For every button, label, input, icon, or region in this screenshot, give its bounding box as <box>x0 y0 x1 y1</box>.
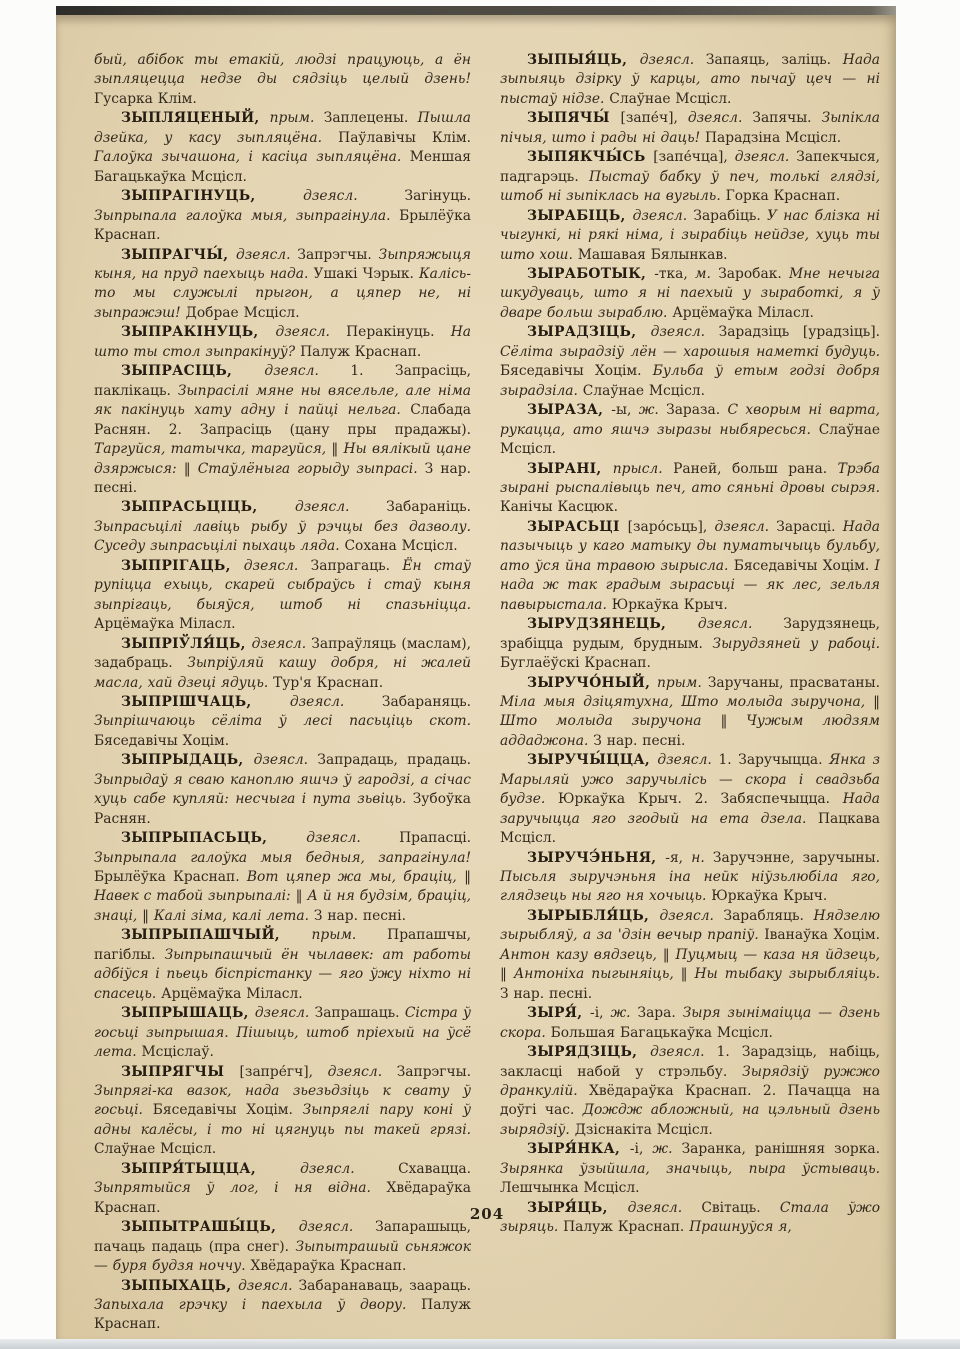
plain-text: Зара. <box>637 1005 682 1021</box>
italic-text: Антон казу вядзець, ‖ Пуцмыц — каза ня й… <box>500 947 880 982</box>
dictionary-entry: ЗЫПРАСІЦЬ, дзеясл. 1. Запрасіць, пакліка… <box>94 362 471 498</box>
headword: ЗЫПРЯГЧЫ <box>121 1064 240 1080</box>
italic-text: дзеясл. <box>290 694 382 710</box>
dictionary-entry: ЗЫПРАГЧЫ́, дзеясл. Запрэгчы. Зыпряжыця к… <box>94 246 471 324</box>
dictionary-entry: ЗЫРАЗА, -ы, ж. Зараза. С хворым ні варта… <box>500 401 880 459</box>
italic-text: дзеясл. <box>264 363 350 379</box>
plain-text: Гусарка Клім. <box>94 91 197 107</box>
plain-text: Юркаўка Крыч. <box>711 888 827 904</box>
italic-text: Зырянка ўзыйшла, значыць, пыра ўстываць. <box>500 1161 880 1177</box>
dictionary-entry: ЗЫПРАГІНУЦЬ, дзеясл. Загінуць. Зыпрыпала… <box>94 187 471 245</box>
italic-text: дзеясл. <box>306 830 399 846</box>
italic-text: дзеясл. <box>633 208 694 224</box>
plain-text: Зарабіць. <box>693 208 767 224</box>
plain-text: Забаранаваць, заараць. <box>299 1278 471 1294</box>
dictionary-entry: ЗЫРАБІЦЬ, дзеясл. Зарабіць. У нас блізка… <box>500 207 880 265</box>
headword: ЗЫРАНІ, <box>527 461 613 477</box>
plain-text: Запаяць, заліць. <box>706 52 843 68</box>
headword: ЗЫПРАГЧЫ́, <box>121 247 236 263</box>
plain-text: Бяседавічы Хоцім. <box>153 1102 303 1118</box>
headword: ЗЫПРІЎЛЯ́ЦЬ, <box>121 636 252 652</box>
headword: ЗЫПЯКЧЫ́СЬ <box>527 149 653 165</box>
plain-text: Запрагаць. <box>311 558 403 574</box>
italic-text: Запыхала грэчку і паехыла ў двору. <box>94 1297 421 1313</box>
plain-text: -тка, <box>654 266 695 282</box>
plain-text: Парадзіна Мсцісл. <box>705 130 841 146</box>
italic-text: Зыпрыпала галоўка мыя бедныя, запрагінул… <box>94 850 471 866</box>
dictionary-entry: ЗЫПРІГАЦЬ, дзеясл. Запрагаць. Ён стаў ру… <box>94 557 471 635</box>
plain-text: Зарабляць. <box>723 908 813 924</box>
italic-text: дзеясл. <box>236 247 297 263</box>
plain-text: Слаўнае Мсцісл. <box>583 383 705 399</box>
dictionary-entry: ЗЫПЫХАЦЬ, дзеясл. Забаранаваць, заараць.… <box>94 1277 471 1335</box>
italic-text: Міла мыя дзіцятухна, Што молыда зыручона… <box>500 694 880 749</box>
plain-text: Зараза. <box>666 402 727 418</box>
italic-text: дзеясл. <box>252 636 312 652</box>
dictionary-entry: ЗЫПРІШЧАЦЬ, дзеясл. Забараняць. Зыпрішча… <box>94 693 471 751</box>
dictionary-entry: ЗЫРУДЗЯНЕЦЬ, дзеясл. Зарудзянець, зрабіц… <box>500 615 880 673</box>
headword: ЗЫРУЧЭ́НЬНЯ, <box>527 850 665 866</box>
italic-text: прым. <box>270 110 324 126</box>
italic-text: дзеясл. <box>300 1161 398 1177</box>
italic-text: дзеясл. <box>651 324 719 340</box>
dictionary-entry: ЗЫРАСЬЦІ [заро́сьць], дзеясл. Зарасці. Н… <box>500 518 880 615</box>
plain-text: Большая Багацькаўка Мсцісл. <box>551 1025 773 1041</box>
dictionary-entry: ЗЫРУЧЭ́НЬНЯ, -я, н. Заручэнне, заручыны.… <box>500 849 880 907</box>
headword: ЗЫРАСЬЦІ <box>527 519 628 535</box>
text-column-right: ЗЫПЫЯ́ЦЬ, дзеясл. Запаяць, заліць. Нада … <box>500 51 880 1335</box>
plain-text: Паўлавічы Клім. <box>338 130 471 146</box>
plain-text: Запрэгчы. <box>397 1064 471 1080</box>
dictionary-entry: бый, абібок ты етакій, людзі працуюць, а… <box>94 51 471 109</box>
plain-text: Заробак. <box>718 266 789 282</box>
italic-text: дзеясл. <box>650 1044 717 1060</box>
italic-text: ж. <box>652 1141 681 1157</box>
plain-text: Прапасці. <box>399 830 471 846</box>
plain-text: Бяседавічы Хоцім. <box>500 363 653 379</box>
headword: ЗЫПРЫДАЦЬ, <box>121 752 254 768</box>
italic-text: дзеясл. <box>698 616 783 632</box>
plain-text: Канічы Касцюк. <box>500 499 618 515</box>
plain-text: Заручэнне, заручыны. <box>713 850 880 866</box>
plain-text: Забараніць. <box>386 499 471 515</box>
dictionary-entry: ЗЫРАДЗІЦЬ, дзеясл. Зарадзіць [урадзіць].… <box>500 323 880 401</box>
italic-text: дзеясл. <box>328 1064 397 1080</box>
dictionary-entry: ЗЫПЫТРАШЫ́ЦЬ, дзеясл. Запарашыць, пачаць… <box>94 1218 471 1276</box>
headword: ЗЫПРЫШАЦЬ, <box>121 1005 255 1021</box>
headword: ЗЫРУДЗЯНЕЦЬ, <box>527 616 698 632</box>
plain-text: Заранка, ранішняя зорка. <box>682 1141 880 1157</box>
headword: ЗЫПРАСЬЦІЦЬ, <box>121 499 295 515</box>
italic-text: дзеясл. <box>715 519 777 535</box>
plain-text: -і, <box>590 1005 610 1021</box>
dictionary-entry: ЗЫРЯДЗІЦЬ, дзеясл. 1. Зарадзіць, набіць,… <box>500 1043 880 1140</box>
headword: ЗЫРЫБЛЯ́ЦЬ, <box>527 908 659 924</box>
plain-text: [запе́чца], <box>653 149 735 165</box>
plain-text: Лешчынка Мсцісл. <box>500 1180 640 1196</box>
headword: ЗЫРАДЗІЦЬ, <box>527 324 651 340</box>
plain-text: З нар. песні. <box>593 733 685 749</box>
italic-text: дзеясл. <box>244 558 311 574</box>
dictionary-entry: ЗЫРЯ́НКА, -і, ж. Заранка, ранішняя зорка… <box>500 1140 880 1198</box>
italic-text: прысл. <box>613 461 673 477</box>
italic-text: дзеясл. <box>238 1278 299 1294</box>
dictionary-entry: ЗЫПЯКЧЫ́СЬ [запе́чца], дзеясл. Запекчыся… <box>500 148 880 206</box>
headword: ЗЫПРЫПАСЬЦЬ, <box>121 830 306 846</box>
scan-background: бый, абібок ты етакій, людзі працуюць, а… <box>0 0 960 1349</box>
dictionary-entry: ЗЫПРЫШАЦЬ, дзеясл. Запрашаць. Сістра ў г… <box>94 1004 471 1062</box>
plain-text: Слаўнае Мсцісл. <box>609 91 731 107</box>
italic-text: Сёліта зырадзіў лён — харошыя наметкі бу… <box>500 344 880 360</box>
plain-text: Забараняць. <box>382 694 471 710</box>
italic-text: прым. <box>657 675 708 691</box>
dictionary-entry: ЗЫПРАКІНУЦЬ, дзеясл. Перакінуць. На што … <box>94 323 471 362</box>
headword: ЗЫПРАКІНУЦЬ, <box>121 324 275 340</box>
plain-text: Іванаўка Хоцім. <box>764 927 880 943</box>
italic-text: дзеясл. <box>254 752 318 768</box>
italic-text: дзеясл. <box>688 110 753 126</box>
headword: ЗЫРЯДЗІЦЬ, <box>527 1044 650 1060</box>
headword: ЗЫРЯ́, <box>527 1005 590 1021</box>
headword: ЗЫПРІГАЦЬ, <box>121 558 244 574</box>
italic-text: дзеясл. <box>659 908 723 924</box>
dictionary-entry: ЗЫРАНІ, прысл. Раней, больш рана. Трэба … <box>500 460 880 518</box>
plain-text: Дзіснакіта Мсцісл. <box>575 1122 713 1138</box>
plain-text: Зарадзіць [урадзіць]. <box>719 324 880 340</box>
plain-text: -і, <box>630 1141 653 1157</box>
plain-text: -я, <box>665 850 691 866</box>
italic-text: Зыпрыпала галоўка мыя, зыпрагінула. <box>94 208 399 224</box>
headword: ЗЫПЛЯЦЕНЫЙ, <box>121 110 270 126</box>
dictionary-entry: ЗЫПРЫПАСЬЦЬ, дзеясл. Прапасці. Зыпрыпала… <box>94 829 471 926</box>
plain-text: Хвёдараўка Краснап. <box>251 1258 407 1274</box>
headword: ЗЫПРАСІЦЬ, <box>121 363 264 379</box>
dictionary-entry: ЗЫПРЫДАЦЬ, дзеясл. Запрадаць, прадаць. З… <box>94 751 471 829</box>
italic-text: дзеясл. <box>295 499 386 515</box>
italic-text: Зыпрішчаюць сёліта ў лесі пасьціць скот. <box>94 713 471 729</box>
dictionary-entry: ЗЫПЫЯ́ЦЬ, дзеясл. Запаяць, заліць. Нада … <box>500 51 880 109</box>
plain-text: Перакінуць. <box>346 324 451 340</box>
plain-text: Добрае Мсцісл. <box>186 305 300 321</box>
plain-text: Буглаёўскі Краснап. <box>500 655 651 671</box>
plain-text: Сохана Мсцісл. <box>344 538 457 554</box>
italic-text: ж. <box>639 402 666 418</box>
italic-text: бый, абібок ты етакій, людзі працуюць, а… <box>94 52 471 87</box>
italic-text: Галоўка зычашона, і касіца зыпляцёна. <box>94 149 410 165</box>
italic-text: дзеясл. <box>275 324 346 340</box>
plain-text: -ы, <box>611 402 638 418</box>
page-number: 204 <box>94 1205 880 1223</box>
plain-text: Зарасці. <box>776 519 843 535</box>
headword: ЗЫРАЗА, <box>527 402 611 418</box>
dictionary-entry: ЗЫРУЧЫ́ЦЦА, дзеясл. 1. Заручыцца. Янка з… <box>500 751 880 848</box>
plain-text: [запе́ч], <box>620 110 687 126</box>
headword: ЗЫРАБОТЫК, <box>527 266 654 282</box>
plain-text: Загінуць. <box>404 188 471 204</box>
italic-text: Таргуйся, татычка, таргуйся, ‖ Ны вялікы… <box>94 441 471 476</box>
plain-text: Арцёмаўка Міласл. <box>94 616 236 632</box>
italic-text: дзеясл. <box>657 752 718 768</box>
plain-text: Запрэгчы. <box>297 247 378 263</box>
headword: ЗЫРАБІЦЬ, <box>527 208 633 224</box>
dictionary-entry: ЗЫПРАСЬЦІЦЬ, дзеясл. Забараніць. Зыпрась… <box>94 498 471 556</box>
plain-text: Арцёмаўка Міласл. <box>672 305 814 321</box>
plain-text: Заручаны, прасватаны. <box>708 675 880 691</box>
dictionary-entry: ЗЫРЫБЛЯ́ЦЬ, дзеясл. Зарабляць. Нядзелю з… <box>500 907 880 1004</box>
headword: ЗЫРУЧЫ́ЦЦА, <box>527 752 657 768</box>
italic-text: ж. <box>610 1005 637 1021</box>
plain-text: Заплецены. <box>324 110 418 126</box>
plain-text: Горка Краснап. <box>726 188 840 204</box>
plain-text: Машавая Бялынкав. <box>578 247 728 263</box>
headword: ЗЫРЯ́НКА, <box>527 1141 630 1157</box>
plain-text: [запре́гч], <box>240 1064 328 1080</box>
dictionary-entry: ЗЫРУЧО́НЫЙ, прым. Заручаны, прасватаны. … <box>500 674 880 752</box>
text-column-left: бый, абібок ты етакій, людзі працуюць, а… <box>94 51 471 1335</box>
plain-text: Ушакі Чэрык. <box>314 266 419 282</box>
plain-text: Мсціслаў. <box>142 1044 214 1060</box>
book-page: бый, абібок ты етакій, людзі працуюць, а… <box>56 6 896 1345</box>
headword: ЗЫПРЯ́ТЫЦЦА, <box>121 1161 300 1177</box>
headword: ЗЫПРЫПАШЧЫЙ, <box>121 927 312 943</box>
dictionary-entry: ЗЫПЛЯЦЕНЫЙ, прым. Заплецены. Пышла дзейк… <box>94 109 471 187</box>
plain-text: Бяседавічы Хоцім. <box>734 558 875 574</box>
plain-text: Брылёўка Краснап. <box>94 869 247 885</box>
headword: ЗЫПРАГІНУЦЬ, <box>121 188 303 204</box>
text-columns: бый, абібок ты етакій, людзі працуюць, а… <box>94 51 880 1335</box>
italic-text: н. <box>691 850 713 866</box>
plain-text: Юркаўка Крыч. 2. Забяспечыцца. <box>558 791 843 807</box>
dictionary-entry: ЗЫПРЫПАШЧЫЙ, прым. Прапашчы, пагіблы. Зы… <box>94 926 471 1004</box>
plain-text: З нар. песні. <box>500 986 592 1002</box>
plain-text: Слаўнае Мсцісл. <box>94 1141 216 1157</box>
plain-text: Запрадаць, прадаць. <box>317 752 471 768</box>
dictionary-entry: ЗЫПЯЧЫ́ [запе́ч], дзеясл. Запячы. Зыпікл… <box>500 109 880 148</box>
italic-text: Зыпрятыйся ў лог, і ня відна. <box>94 1180 387 1196</box>
dictionary-entry: ЗЫПРЯГЧЫ [запре́гч], дзеясл. Запрэгчы. З… <box>94 1063 471 1160</box>
plain-text: Раней, больш рана. <box>673 461 837 477</box>
plain-text: Запячы. <box>752 110 821 126</box>
italic-text: Зырудзяней у рабоці. <box>712 636 880 652</box>
plain-text: Бяседавічы Хоцім. <box>94 733 229 749</box>
headword: ЗЫПРІШЧАЦЬ, <box>121 694 290 710</box>
scanner-edge-strip <box>0 1339 960 1349</box>
italic-text: дзеясл. <box>303 188 404 204</box>
plain-text: З нар. песні. <box>314 908 406 924</box>
headword: ЗЫРУЧО́НЫЙ, <box>527 675 657 691</box>
italic-text: дзеясл. <box>735 149 797 165</box>
dictionary-entry: ЗЫПРІЎЛЯ́ЦЬ, дзеясл. Запраўляць (маслам)… <box>94 635 471 693</box>
plain-text: Запрашаць. <box>315 1005 405 1021</box>
plain-text: Арцёмаўка Міласл. <box>161 986 303 1002</box>
plain-text: Тур'я Краснап. <box>273 675 383 691</box>
headword: ЗЫПЯЧЫ́ <box>527 110 620 126</box>
italic-text: дзеясл. <box>255 1005 315 1021</box>
headword: ЗЫПЫХАЦЬ, <box>121 1278 238 1294</box>
dictionary-entry: ЗЫРЯ́, -і, ж. Зара. Зыря зынімаіцца — дз… <box>500 1004 880 1043</box>
plain-text: Палуж Краснап. <box>300 344 421 360</box>
plain-text: Юркаўка Крыч. <box>612 597 728 613</box>
plain-text: 1. Заручыцца. <box>718 752 829 768</box>
headword: ЗЫПЫЯ́ЦЬ, <box>527 52 640 68</box>
book-top-edge-shadow <box>56 6 896 15</box>
italic-text: м. <box>695 266 718 282</box>
plain-text: Схавацца. <box>398 1161 471 1177</box>
dictionary-entry: ЗЫРАБОТЫК, -тка, м. Заробак. Мне нечыга … <box>500 265 880 323</box>
plain-text: [заро́сьць], <box>628 519 715 535</box>
italic-text: дзеясл. <box>640 52 706 68</box>
italic-text: прым. <box>312 927 388 943</box>
